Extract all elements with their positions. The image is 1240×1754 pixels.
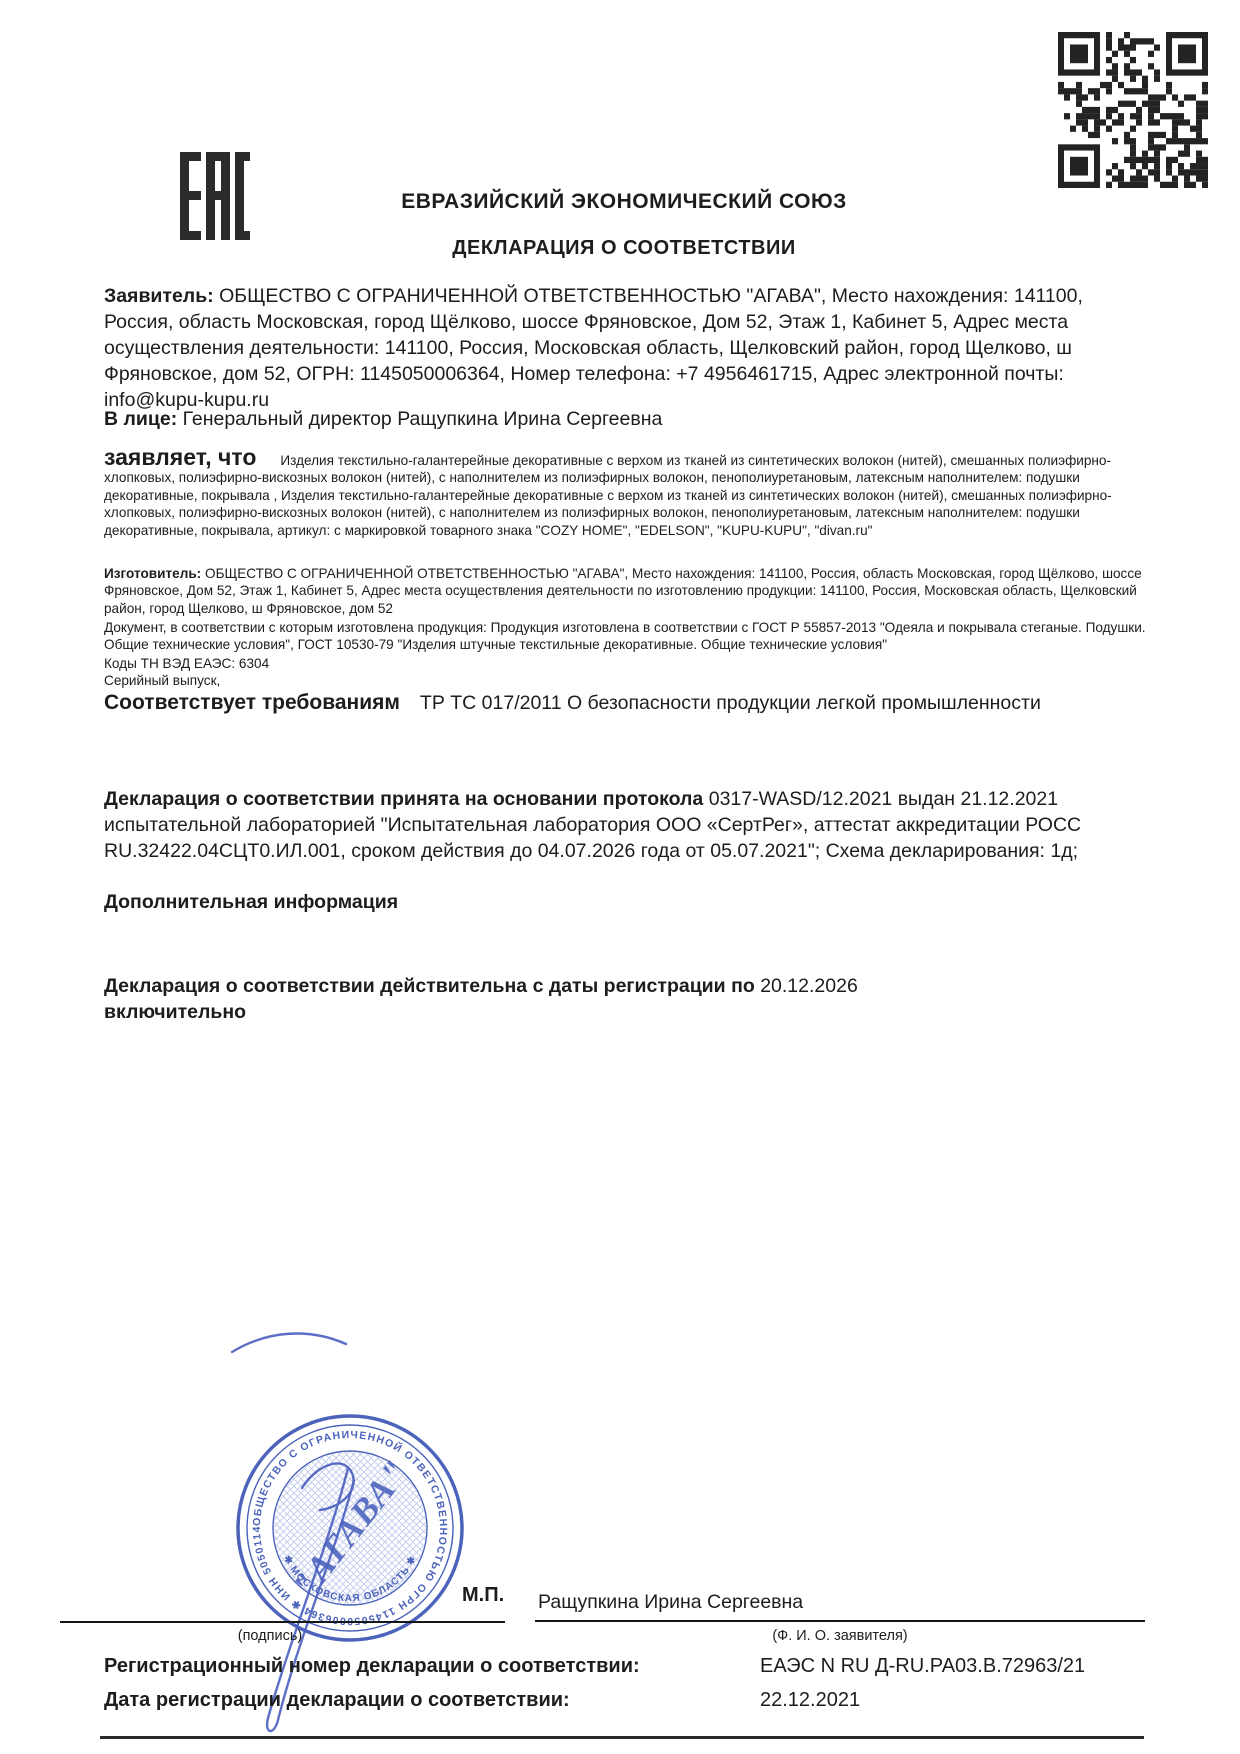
union-title: ЕВРАЗИЙСКИЙ ЭКОНОМИЧЕСКИЙ СОЮЗ xyxy=(104,190,1144,214)
declaration-document: ЕВРАЗИЙСКИЙ ЭКОНОМИЧЕСКИЙ СОЮЗ ДЕКЛАРАЦИ… xyxy=(0,0,1240,1754)
representative-paragraph: В лице: Генеральный директор Ращупкина И… xyxy=(104,406,1148,432)
validity-suffix: включительно xyxy=(104,999,1144,1025)
registration-date-value: 22.12.2021 xyxy=(760,1689,860,1712)
bottom-rule xyxy=(100,1736,1144,1739)
manufacturer-label: Изготовитель: xyxy=(104,566,201,581)
manufacturer-paragraph: Изготовитель: ОБЩЕСТВО С ОГРАНИЧЕННОЙ ОТ… xyxy=(104,565,1148,617)
representative-label: В лице: xyxy=(104,408,177,430)
applicant-name: Ращупкина Ирина Сергеевна xyxy=(538,1591,803,1614)
declares-paragraph: заявляет, чтоИзделия текстильно-галантер… xyxy=(104,449,1144,539)
product-document-paragraph: Документ, в соответствии с которым изгот… xyxy=(104,619,1148,654)
name-caption: (Ф. И. О. заявителя) xyxy=(535,1628,1145,1644)
declares-label: заявляет, что xyxy=(104,444,256,470)
name-line xyxy=(535,1620,1145,1622)
registration-date-label: Дата регистрации декларации о соответств… xyxy=(104,1689,744,1712)
qr-code xyxy=(1058,32,1208,188)
applicant-text: ОБЩЕСТВО С ОГРАНИЧЕННОЙ ОТВЕТСТВЕННОСТЬЮ… xyxy=(104,285,1083,411)
basis-paragraph: Декларация о соответствии принята на осн… xyxy=(104,786,1150,864)
validity-date: 20.12.2026 xyxy=(760,975,858,997)
release-type: Серийный выпуск, xyxy=(104,672,1148,689)
representative-text: Генеральный директор Ращупкина Ирина Сер… xyxy=(183,408,663,430)
doc-title: ДЕКЛАРАЦИЯ О СООТВЕТСТВИИ xyxy=(104,237,1144,260)
compliance-label: Соответствует требованиям xyxy=(104,691,400,714)
tn-ved-codes: Коды ТН ВЭД ЕАЭС: 6304 xyxy=(104,655,1148,672)
handwritten-signature xyxy=(180,1310,520,1750)
validity-paragraph: Декларация о соответствии действительна … xyxy=(104,973,1144,1025)
compliance-text: ТР ТС 017/2011 О безопасности продукции … xyxy=(420,692,1041,714)
signature-caption: (подпись) xyxy=(175,1628,365,1644)
manufacturer-text: ОБЩЕСТВО С ОГРАНИЧЕННОЙ ОТВЕТСТВЕННОСТЬЮ… xyxy=(104,566,1142,616)
basis-label: Декларация о соответствии принята на осн… xyxy=(104,788,703,810)
registration-number-value: ЕАЭС N RU Д-RU.РА03.В.72963/21 xyxy=(760,1655,1085,1678)
applicant-label: Заявитель: xyxy=(104,285,214,307)
registration-number-label: Регистрационный номер декларации о соотв… xyxy=(104,1655,744,1678)
stamp-place-abbr: М.П. xyxy=(462,1584,504,1607)
additional-info-label: Дополнительная информация xyxy=(104,889,1144,915)
validity-label: Декларация о соответствии действительна … xyxy=(104,975,755,997)
signature-line xyxy=(60,1621,505,1623)
compliance-paragraph: Соответствует требованиямТР ТС 017/2011 … xyxy=(104,690,1104,716)
applicant-paragraph: Заявитель: ОБЩЕСТВО С ОГРАНИЧЕННОЙ ОТВЕТ… xyxy=(104,283,1148,413)
